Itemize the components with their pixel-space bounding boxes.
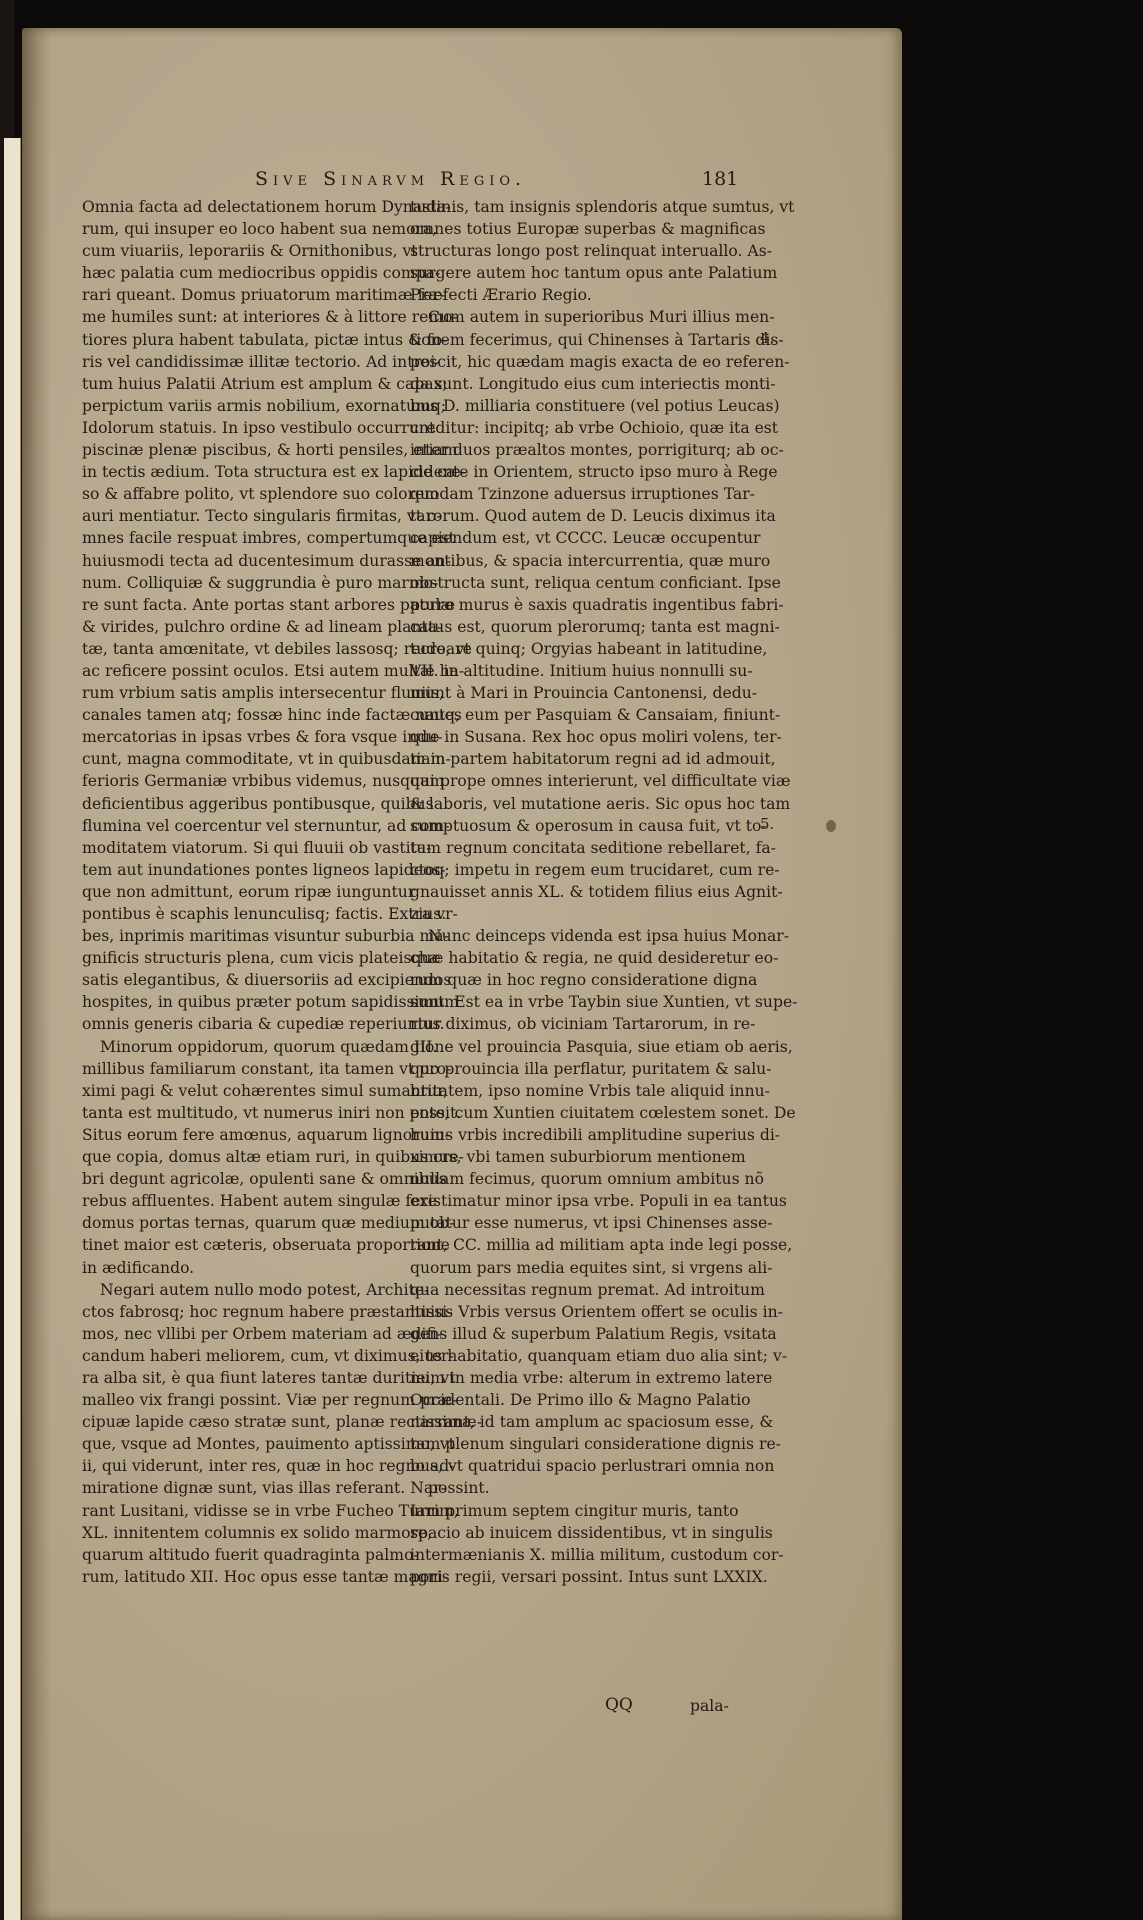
text-line: gione vel prouincia Pasquia, siue etiam … xyxy=(410,1036,732,1058)
text-line: satis elegantibus, & diuersoriis ad exci… xyxy=(82,969,392,991)
text-line: quo prouincia illa perflatur, puritatem … xyxy=(410,1058,732,1080)
text-line: ferioris Germaniæ vrbibus videmus, nusqu… xyxy=(82,770,392,792)
text-line: poris regii, versari possint. Intus sunt… xyxy=(410,1566,732,1588)
text-line: piscinæ plenæ piscibus, & horti pensiles… xyxy=(82,439,392,461)
text-line: rant Lusitani, vidisse se in vrbe Fucheo… xyxy=(82,1500,392,1522)
text-line: Omnia facta ad delectationem horum Dynas… xyxy=(82,196,392,218)
text-line: Præfecti Ærario Regio. xyxy=(410,284,732,306)
text-line: tanta est multitudo, vt numerus iniri no… xyxy=(82,1102,392,1124)
text-line: que non admittunt, eorum ripæ iunguntur xyxy=(82,881,392,903)
text-line: cidente in Orientem, structo ipso muro à… xyxy=(410,461,732,483)
text-line: tem aut inundationes pontes ligneos lapi… xyxy=(82,859,392,881)
text-line: ii, qui viderunt, inter res, quæ in hoc … xyxy=(82,1455,392,1477)
running-title: Sive Sinarvm Regio. xyxy=(255,168,526,190)
text-line: num. Colliquiæ & suggrundia è puro marmo… xyxy=(82,572,392,594)
text-line: mos, nec vllibi per Orbem materiam ad æd… xyxy=(82,1323,392,1345)
text-line: rum, latitudo XII. Hoc opus esse tantæ m… xyxy=(82,1566,392,1588)
text-line: tiores plura habent tabulata, pictæ intu… xyxy=(82,329,392,351)
text-line: ac reficere possint oculos. Etsi autem m… xyxy=(82,660,392,682)
text-line: sunt. Est ea in vrbe Taybin siue Xuntien… xyxy=(410,991,732,1013)
text-line: rius diximus, ob viciniam Tartarorum, in… xyxy=(410,1013,732,1035)
text-line: que in Susana. Rex hoc opus moliri volen… xyxy=(410,726,732,748)
text-line: ra alba sit, è qua fiunt lateres tantæ d… xyxy=(82,1367,392,1389)
text-line: tionem fecerimus, qui Chinenses à Tartar… xyxy=(410,329,732,351)
text-line: tum regnum concitata seditione rebellare… xyxy=(410,837,732,859)
text-line: miratione dignæ sunt, vias illas referan… xyxy=(82,1477,392,1499)
text-line: qui prope omnes interierunt, vel difficu… xyxy=(410,770,732,792)
text-line: chæ habitatio & regia, ne quid desideret… xyxy=(410,947,732,969)
text-line: & virides, pulchro ordine & ad lineam pl… xyxy=(82,616,392,638)
text-line: hæc palatia cum mediocribus oppidis comp… xyxy=(82,262,392,284)
text-line: re sunt facta. Ante portas stant arbores… xyxy=(82,594,392,616)
margin-note: 5. xyxy=(760,815,774,833)
text-line: domus portas ternas, quarum quæ medium o… xyxy=(82,1212,392,1234)
text-line: ximus, vbi tamen suburbiorum mentionem xyxy=(410,1146,732,1168)
text-line: rant, CC. millia ad militiam apta inde l… xyxy=(410,1234,732,1256)
text-line: ctoq; impetu in regem eum trucidaret, cu… xyxy=(410,859,732,881)
text-line: structuras longo post relinquat interual… xyxy=(410,240,732,262)
text-line: bri degunt agricolæ, opulenti sane & omn… xyxy=(82,1168,392,1190)
text-line: in tectis ædium. Tota structura est ex l… xyxy=(82,461,392,483)
text-line: Negari autem nullo modo potest, Archite- xyxy=(82,1279,392,1301)
text-line: spacio ab inuicem dissidentibus, vt in s… xyxy=(410,1522,732,1544)
text-line: millibus familiarum constant, ita tamen … xyxy=(82,1058,392,1080)
facing-page-edge xyxy=(4,138,21,1920)
text-line: tæ, tanta amœnitate, vt debiles lassosq;… xyxy=(82,638,392,660)
text-line: perpictum variis armis nobilium, exornat… xyxy=(82,395,392,417)
text-line: cipuæ lapide cæso stratæ sunt, planæ rec… xyxy=(82,1411,392,1433)
ink-stain xyxy=(826,820,836,832)
text-line: quarum altitudo fuerit quadraginta palmo… xyxy=(82,1544,392,1566)
text-line: tam plenum singulari consideratione dign… xyxy=(410,1433,732,1455)
text-line: rebus affluentes. Habent autem singulæ f… xyxy=(82,1190,392,1212)
text-line: omnis generis cibaria & cupediæ reperiun… xyxy=(82,1013,392,1035)
text-line: eius habitatio, quanquam etiam duo alia … xyxy=(410,1345,732,1367)
text-line: capiendum est, vt CCCC. Leucæ occupentur xyxy=(410,527,732,549)
text-line: quodam Tzinzone aduersus irruptiones Tar… xyxy=(410,483,732,505)
text-line: britatem, ipso nomine Vrbis tale aliquid… xyxy=(410,1080,732,1102)
text-line: Nunc deinceps videnda est ipsa huius Mon… xyxy=(410,925,732,947)
text-line: tiam partem habitatorum regni ad id admo… xyxy=(410,748,732,770)
text-line: huius Vrbis versus Orientem offert se oc… xyxy=(410,1301,732,1323)
text-line: XL. innitentem columnis ex solido marmor… xyxy=(82,1522,392,1544)
text-line: quorum pars media equites sint, si vrgen… xyxy=(410,1257,732,1279)
text-line: rari queant. Domus priuatorum maritimæ f… xyxy=(82,284,392,306)
text-line: & laboris, vel mutatione aeris. Sic opus… xyxy=(410,793,732,815)
text-line: munt à Mari in Prouincia Cantonensi, ded… xyxy=(410,682,732,704)
text-line: gens illud & superbum Palatium Regis, vs… xyxy=(410,1323,732,1345)
text-line: intermænianis X. millia militum, custodu… xyxy=(410,1544,732,1566)
text-line: bes, inprimis maritimas visuntur suburbi… xyxy=(82,925,392,947)
text-line: canales tamen atq; fossæ hinc inde factæ… xyxy=(82,704,392,726)
text-line: pontibus è scaphis lenunculisq; factis. … xyxy=(82,903,392,925)
text-line: rum quæ in hoc regno consideratione dign… xyxy=(410,969,732,991)
text-line: nullam fecimus, quorum omnium ambitus nõ xyxy=(410,1168,732,1190)
text-line: VII. in altitudine. Initium huius nonnul… xyxy=(410,660,732,682)
text-line: Cum autem in superioribus Muri illius me… xyxy=(410,306,732,328)
text-line: narrant, id tam amplum ac spaciosum esse… xyxy=(410,1411,732,1433)
text-line: tudinis, tam insignis splendoris atque s… xyxy=(410,196,732,218)
text-line: Iam primum septem cingitur muris, tanto xyxy=(410,1500,732,1522)
signature-mark: QQ xyxy=(605,1695,633,1715)
text-line: malleo vix frangi possint. Viæ per regnu… xyxy=(82,1389,392,1411)
text-line: auri mentiatur. Tecto singularis firmita… xyxy=(82,505,392,527)
text-line: bus D. milliaria constituere (vel potius… xyxy=(410,395,732,417)
text-line: qua necessitas regnum premat. Ad introit… xyxy=(410,1279,732,1301)
text-line: ente, cum Xuntien ciuitatem cœlestem son… xyxy=(410,1102,732,1124)
text-line: rum vrbium satis amplis intersecentur fl… xyxy=(82,682,392,704)
text-line: bus, vt quatridui spacio perlustrari omn… xyxy=(410,1455,732,1477)
text-line: Situs eorum fere amœnus, aquarum lignoru… xyxy=(82,1124,392,1146)
text-line: possint. xyxy=(410,1477,732,1499)
text-line: moditatem viatorum. Si qui fluuii ob vas… xyxy=(82,837,392,859)
text-line: ximi pagi & velut cohærentes simul suman… xyxy=(82,1080,392,1102)
text-line: me humiles sunt: at interiores & à litto… xyxy=(82,306,392,328)
text-line: hospites, in quibus præter potum sapidis… xyxy=(82,991,392,1013)
text-line: que, vsque ad Montes, pauimento aptissim… xyxy=(82,1433,392,1455)
text-line: porro murus è saxis quadratis ingentibus… xyxy=(410,594,732,616)
text-line: tudo, vt quinq; Orgyias habeant in latit… xyxy=(410,638,732,660)
text-line: Occidentali. De Primo illo & Magno Palat… xyxy=(410,1389,732,1411)
text-line: Idolorum statuis. In ipso vestibulo occu… xyxy=(82,417,392,439)
text-line: deficientibus aggeribus pontibusque, qui… xyxy=(82,793,392,815)
right-text-column: tudinis, tam insignis splendoris atque s… xyxy=(410,196,732,1588)
text-line: tarorum. Quod autem de D. Leucis diximus… xyxy=(410,505,732,527)
page-number: 181 xyxy=(702,168,738,190)
margin-note: 4. xyxy=(760,329,774,347)
text-line: pescit, hic quædam magis exacta de eo re… xyxy=(410,351,732,373)
text-line: putatur esse numerus, vt ipsi Chinenses … xyxy=(410,1212,732,1234)
text-line: mnes facile respuat imbres, compertumque… xyxy=(82,527,392,549)
text-line: montibus, & spacia intercurrentia, quæ m… xyxy=(410,550,732,572)
spine-shadow xyxy=(22,28,52,1920)
text-line: rum, qui insuper eo loco habent sua nemo… xyxy=(82,218,392,240)
text-line: huiusmodi tecta ad ducentesimum durasse … xyxy=(82,550,392,572)
text-line: ctos fabrosq; hoc regnum habere præstant… xyxy=(82,1301,392,1323)
text-line: num in media vrbe: alterum in extremo la… xyxy=(410,1367,732,1389)
text-line: Minorum oppidorum, quorum quædam III. xyxy=(82,1036,392,1058)
text-line: gnificis structuris plena, cum vicis pla… xyxy=(82,947,392,969)
text-line: obstructa sunt, reliqua centum confician… xyxy=(410,572,732,594)
text-line: creditur: incipitq; ab vrbe Ochioio, quæ… xyxy=(410,417,732,439)
text-line: tinet maior est cæteris, obseruata propo… xyxy=(82,1234,392,1256)
text-line: da sunt. Longitudo eius cum interiectis … xyxy=(410,373,732,395)
text-line: in ædificando. xyxy=(82,1257,392,1279)
catchword: pala- xyxy=(690,1697,729,1715)
text-line: mercatorias in ipsas vrbes & fora vsque … xyxy=(82,726,392,748)
text-line: surgere autem hoc tantum opus ante Palat… xyxy=(410,262,732,284)
text-line: so & affabre polito, vt splendore suo co… xyxy=(82,483,392,505)
text-line: ris vel candidissimæ illitæ tectorio. Ad… xyxy=(82,351,392,373)
text-line: sumptuosum & operosum in causa fuit, vt … xyxy=(410,815,732,837)
text-line: zius. xyxy=(410,903,732,925)
text-line: cuntq, eum per Pasquiam & Cansaiam, fini… xyxy=(410,704,732,726)
text-line: cum viuariis, leporariis & Ornithonibus,… xyxy=(82,240,392,262)
text-line: gnauisset annis XL. & totidem filius eiu… xyxy=(410,881,732,903)
text-line: flumina vel coercentur vel sternuntur, a… xyxy=(82,815,392,837)
left-text-column: Omnia facta ad delectationem horum Dynas… xyxy=(82,196,392,1588)
text-line: que copia, domus altæ etiam ruri, in qui… xyxy=(82,1146,392,1168)
text-line: huius vrbis incredibili amplitudine supe… xyxy=(410,1124,732,1146)
text-line: catus est, quorum plerorumq; tanta est m… xyxy=(410,616,732,638)
text-line: candum haberi meliorem, cum, vt diximus,… xyxy=(82,1345,392,1367)
text-line: cunt, magna commoditate, vt in quibusdam… xyxy=(82,748,392,770)
text-line: tum huius Palatii Atrium est amplum & ca… xyxy=(82,373,392,395)
text-line: inter duos præaltos montes, porrigiturq;… xyxy=(410,439,732,461)
text-line: existimatur minor ipsa vrbe. Populi in e… xyxy=(410,1190,732,1212)
text-line: omnes totius Europæ superbas & magnifica… xyxy=(410,218,732,240)
page-header: Sive Sinarvm Regio. 181 xyxy=(60,168,770,196)
